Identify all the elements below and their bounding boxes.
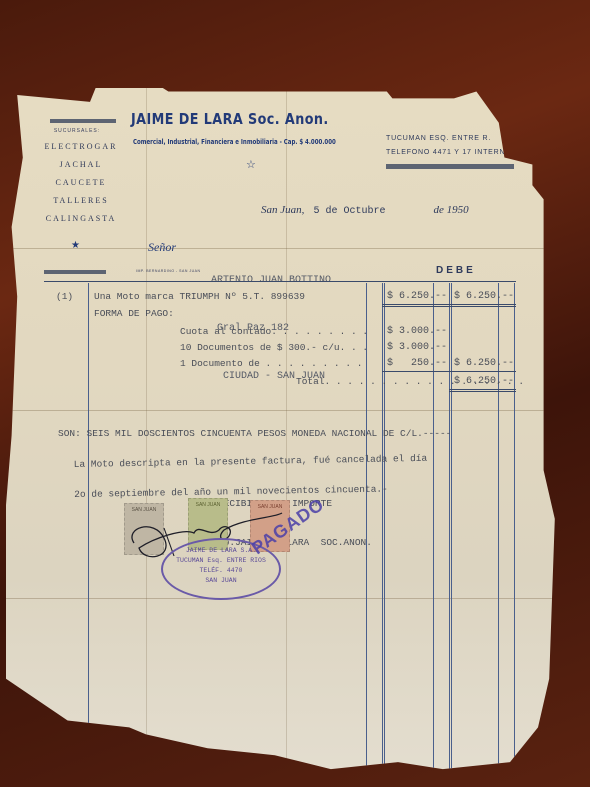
invoice-document: SUCURSALES: ELECTROGAR JACHAL CAUCETE TA… [6,88,566,783]
branches-list: ELECTROGAR JACHAL CAUCETE TALLERES CALIN… [36,138,126,228]
sum-rule [382,371,516,372]
date-city: San Juan, [261,204,304,216]
payment-subtotal: $ 6.250.-- [454,358,514,369]
column-rule [514,283,515,783]
column-rule [382,283,383,783]
company-name: JAIME DE LARA Soc. Anon. [131,110,329,128]
invoice-date: San Juan, 5 de Octubre de 1950 [261,204,469,217]
payment-method-label: FORMA DE PAGO: [94,308,174,319]
branch-item: TALLERES [36,192,126,210]
payment-row-amount: $ 3.000.-- [387,342,447,353]
branch-item: CALINGASTA [36,210,126,228]
payment-row-label: 10 Documentos de $ 300.- c/u. . . [180,342,368,353]
company-description: Comercial, Industrial, Financiera e Inmo… [133,138,336,146]
debe-column-header: DEBE [436,265,476,276]
column-rule [384,283,385,783]
decorative-bar [44,270,106,274]
double-rule [449,391,516,392]
decorative-bar [50,119,116,123]
seal-line: TELÉF. 4470 [163,566,279,576]
table-header-rule [44,281,516,282]
phone-line: TELEFONO 4471 Y 17 INTERNOS [386,146,517,160]
total-amount: $ 6.250.-- [454,376,514,387]
column-rule [449,283,450,783]
note-line: La Moto descripta en la presente factura… [74,454,428,470]
payment-row-label: 1 Documento de . . . . . . . . . [180,358,362,369]
salutation: Señor [148,240,176,255]
date-day-month: 5 de Octubre [313,206,385,217]
address-line: TUCUMAN ESQ. ENTRE R. [386,132,517,146]
payment-row-amount: $ 250.-- [387,358,447,369]
branch-item: ELECTROGAR [36,138,126,156]
branch-item: JACHAL [36,156,126,174]
payment-row-amount: $ 3.000.-- [387,326,447,337]
payment-row-label: Cuota al contado. . . . . . . . . [180,326,368,337]
item-description: Una Moto marca TRIUMPH Nº 5.T. 899639 [94,291,305,302]
company-address: TUCUMAN ESQ. ENTRE R. TELEFONO 4471 Y 17… [386,132,517,160]
branches-label: SUCURSALES: [42,128,112,134]
column-rule [451,283,452,783]
date-year: de 1950 [434,204,469,216]
branch-item: CAUCETE [36,174,126,192]
star-solid-icon: ★ [71,240,80,251]
item-amount: $ 6.250.-- [387,291,447,302]
printer-imprint: IMP. BERNARDINO - SAN JUAN [136,269,200,273]
double-rule [382,304,516,305]
double-rule [382,306,516,307]
decorative-bar [386,164,514,169]
item-number: (1) [56,291,73,302]
seal-line: SAN JUAN [163,576,279,586]
star-outline-icon: ☆ [246,158,256,171]
double-rule [449,389,516,390]
item-amount-total: $ 6.250.-- [454,291,514,302]
